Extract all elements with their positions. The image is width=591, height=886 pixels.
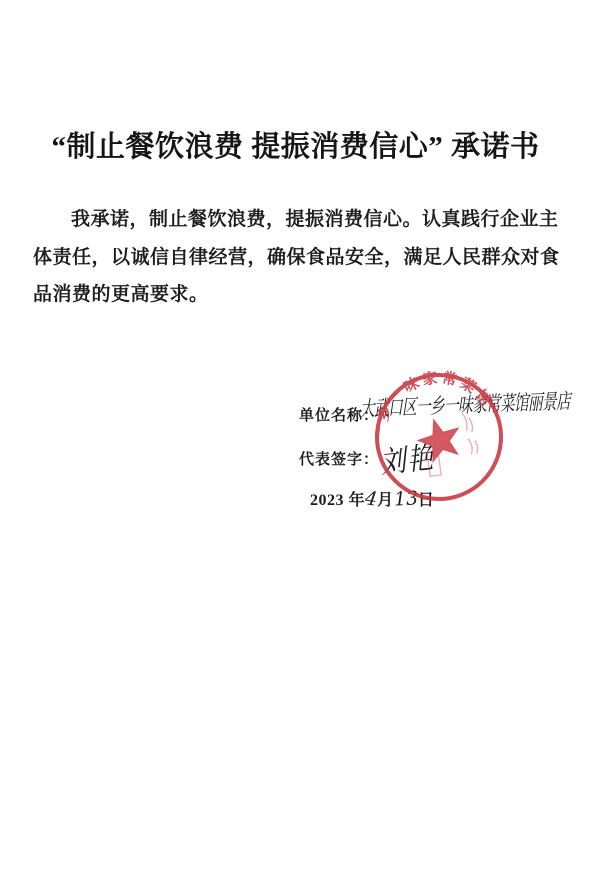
date-month-unit-printed: 月 bbox=[377, 492, 394, 509]
unit-name-handwritten-value: 大武口区一乡一味家常菜馆丽景店 bbox=[360, 385, 570, 423]
document-title: “制止餐饮浪费 提振消费信心” 承诺书 bbox=[0, 124, 591, 165]
representative-signature-label: 代表签字： bbox=[299, 448, 379, 469]
body-line-1: 我承诺，制止餐饮浪费，提振消费信心。认真践行企业主 bbox=[33, 201, 559, 239]
representative-signature-handwritten: 刘艳 bbox=[378, 432, 437, 481]
pledge-document-page: “制止餐饮浪费 提振消费信心” 承诺书 我承诺，制止餐饮浪费，提振消费信心。认真… bbox=[0, 0, 591, 886]
date-line: 2023 年4月13日 bbox=[310, 487, 434, 510]
body-paragraph: 我承诺，制止餐饮浪费，提振消费信心。认真践行企业主 体责任，以诚信自律经营，确保… bbox=[33, 201, 559, 314]
date-year-printed: 2023 年 bbox=[310, 492, 365, 509]
body-line-3: 品消费的更高要求。 bbox=[33, 276, 559, 314]
date-day-unit-printed: 日 bbox=[418, 492, 435, 509]
body-line-2: 体责任，以诚信自律经营，确保食品安全，满足人民群众对食 bbox=[33, 239, 559, 277]
date-day-handwritten: 13 bbox=[393, 487, 418, 510]
